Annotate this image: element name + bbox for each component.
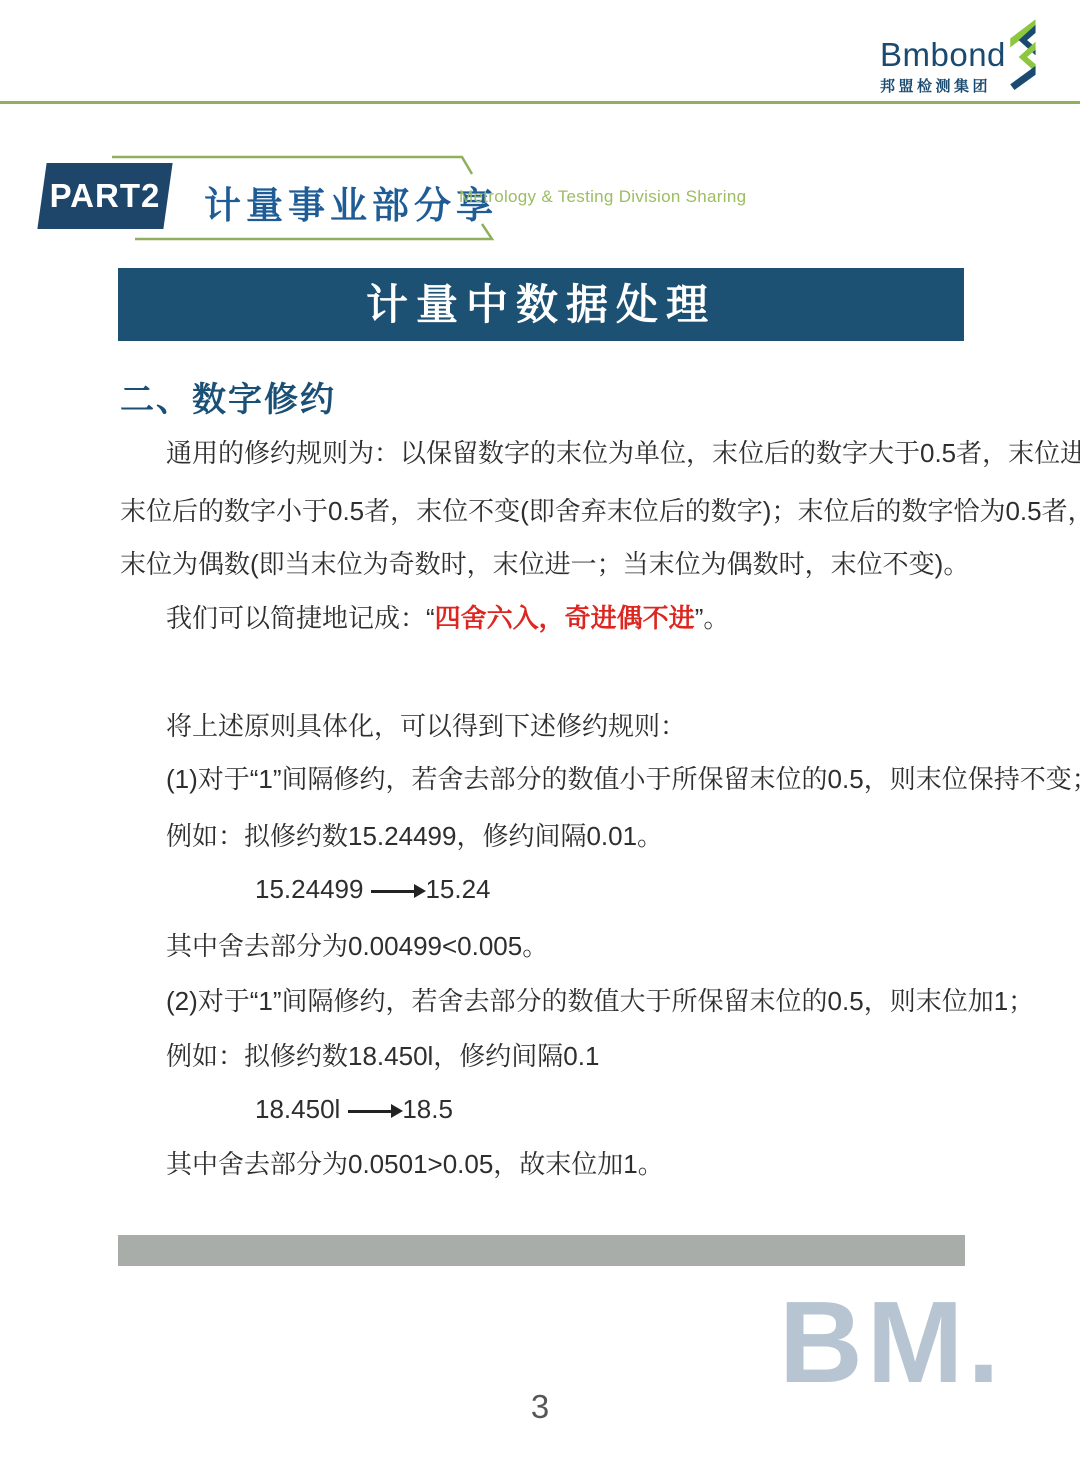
example-1-line: 例如：拟修约数15.24499，修约间隔0.01。 <box>166 820 1014 853</box>
part-badge-label: PART2 <box>42 163 168 229</box>
mnemonic-suffix: ”。 <box>695 603 730 633</box>
part-subtitle-en: Metrology & Testing Division Sharing <box>459 187 746 207</box>
body-line: 将上述原则具体化，可以得到下述修约规则： <box>166 710 1014 743</box>
ribbon-b-icon <box>1006 16 1044 90</box>
brand-text-block: Bmbond 邦盟检测集团 <box>880 38 1006 96</box>
section-heading: 二、数字修约 <box>120 372 336 421</box>
example-2-line: 例如：拟修约数18.450l，修约间隔0.1 <box>166 1040 1014 1073</box>
body-line-mnemonic: 我们可以简捷地记成：“四舍六入，奇进偶不进”。 <box>166 602 1014 635</box>
brand-chinese-name: 邦盟检测集团 <box>880 75 1006 96</box>
brand-logo: Bmbond 邦盟检测集团 <box>880 12 1050 98</box>
note-2-line: 其中舍去部分为0.0501>0.05，故末位加1。 <box>166 1148 1014 1181</box>
footer-bar <box>118 1235 965 1266</box>
equation-2-from: 18.450l <box>255 1094 340 1124</box>
mnemonic-highlight: 四舍六入，奇进偶不进 <box>435 603 695 633</box>
mnemonic-prefix: 我们可以简捷地记成：“ <box>166 603 435 633</box>
equation-2-to: 18.5 <box>402 1094 453 1124</box>
part-badge: PART2 <box>37 163 172 229</box>
equation-1-to: 15.24 <box>425 874 490 904</box>
rule-1-line: (1)对于“1”间隔修约，若舍去部分的数值小于所保留末位的0.5，则末位保持不变… <box>166 763 1014 796</box>
body-line: 末位为偶数(即当末位为奇数时，末位进一；当末位为偶数时，末位不变)。 <box>120 548 968 581</box>
long-right-arrow-icon <box>371 890 415 893</box>
body-line: 末位后的数字小于0.5者，末位不变(即舍弃末位后的数字)；末位后的数字恰为0.5… <box>120 495 968 528</box>
rule-2-line: (2)对于“1”间隔修约，若舍去部分的数值大于所保留末位的0.5，则末位加1； <box>166 985 1014 1018</box>
page-title-bar: 计量中数据处理 <box>118 268 964 341</box>
page-title: 计量中数据处理 <box>118 268 964 341</box>
watermark-text: BM. <box>779 1284 1004 1400</box>
document-page: Bmbond 邦盟检测集团 PART2 计量事业部分享 Metrology & … <box>0 0 1080 1466</box>
body-line: 通用的修约规则为：以保留数字的末位为单位，末位后的数字大于0.5者，末位进一； <box>166 437 1014 470</box>
equation-1-from: 15.24499 <box>255 874 363 904</box>
equation-1: 15.2449915.24 <box>255 873 1080 906</box>
note-1-line: 其中舍去部分为0.00499<0.005。 <box>166 930 1014 963</box>
long-right-arrow-icon <box>348 1110 392 1113</box>
part-title: 计量事业部分享 <box>204 175 498 229</box>
header-divider-line <box>0 101 1080 104</box>
page-number: 3 <box>0 1388 1080 1426</box>
equation-2: 18.450l18.5 <box>255 1093 1080 1126</box>
brand-wordmark: Bmbond <box>880 38 1006 71</box>
